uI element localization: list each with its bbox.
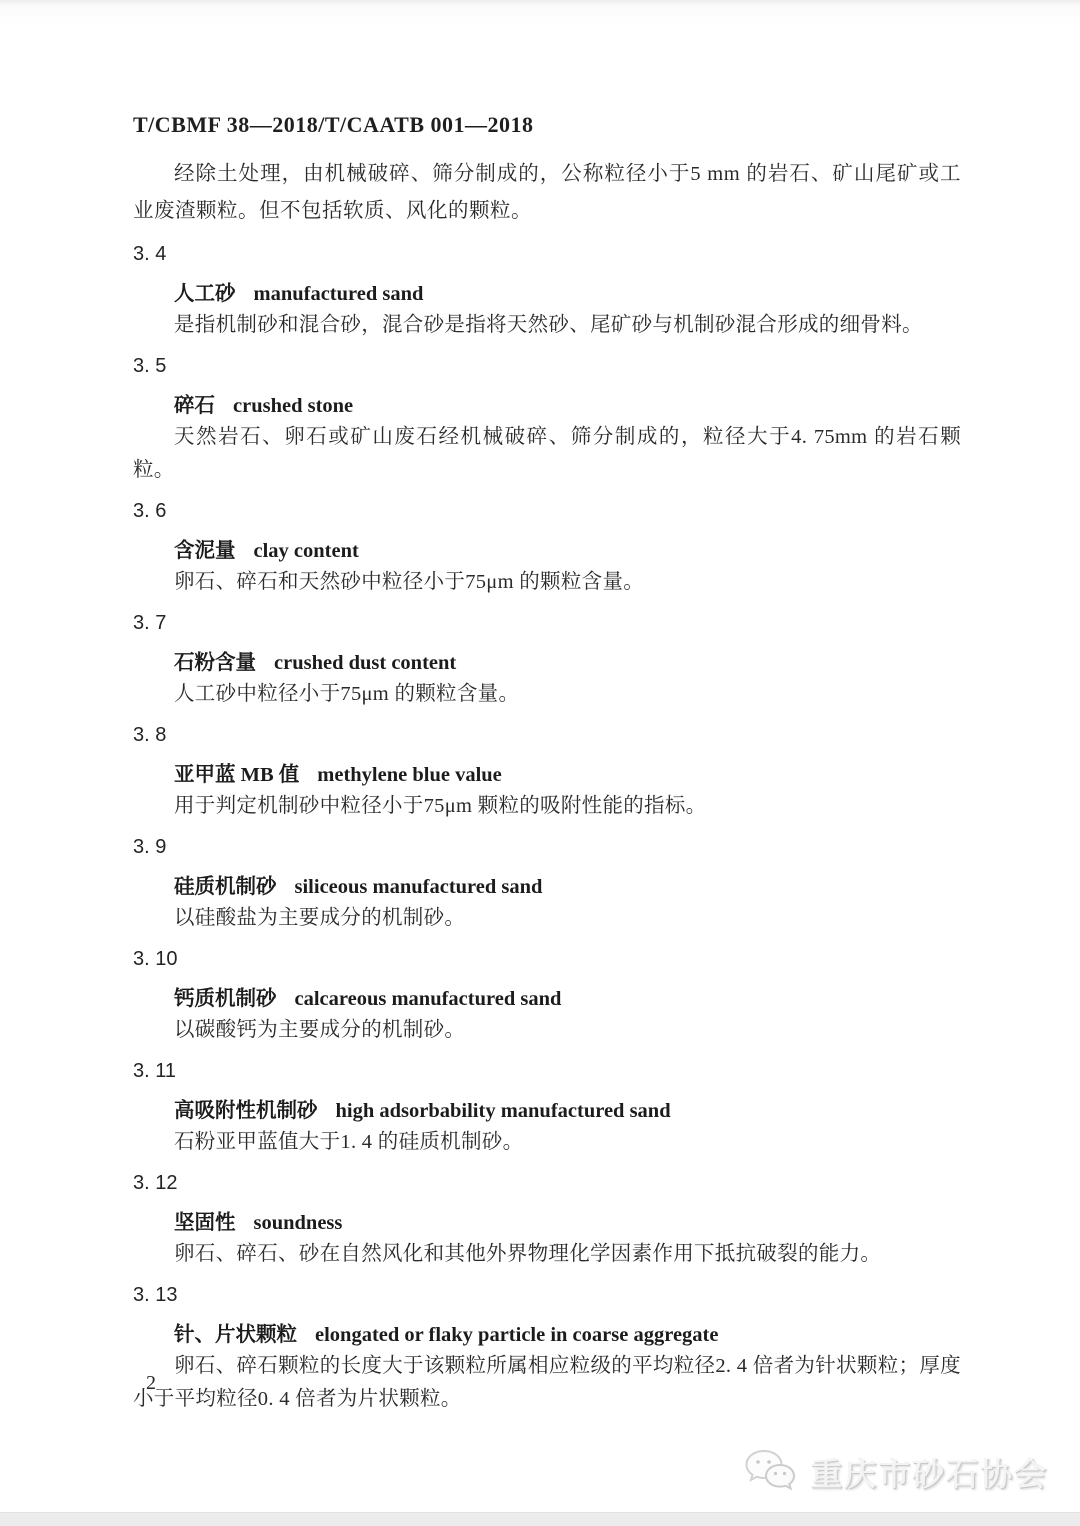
intro-paragraph: 经除土处理，由机械破碎、筛分制成的，公称粒径小于5 mm 的岩石、矿山尾矿或工业…	[133, 156, 961, 230]
term-section-3-9: 3. 9 硅质机制砂siliceous manufactured sand 以硅…	[133, 832, 961, 935]
page-content: T/CBMF 38—2018/T/CAATB 001—2018 经除土处理，由机…	[133, 110, 961, 1416]
term-zh: 石粉含量	[174, 652, 256, 674]
term-heading: 石粉含量crushed dust content	[174, 648, 961, 678]
term-section-3-6: 3. 6 含泥量clay content 卵石、碎石和天然砂中粒径小于75μm …	[133, 496, 961, 599]
term-heading: 硅质机制砂siliceous manufactured sand	[174, 872, 961, 902]
term-en: siliceous manufactured sand	[295, 876, 543, 898]
term-section-3-10: 3. 10 钙质机制砂calcareous manufactured sand …	[133, 944, 961, 1047]
watermark: 重庆市砂石协会	[742, 1447, 1048, 1497]
term-definition: 是指机制砂和混合砂，混合砂是指将天然砂、尾矿砂与机制砂混合形成的细骨料。	[133, 309, 961, 342]
section-number: 3. 6	[133, 496, 961, 526]
term-definition: 天然岩石、卵石或矿山废石经机械破碎、筛分制成的，粒径大于4. 75mm 的岩石颗…	[133, 421, 961, 487]
wechat-icon	[742, 1447, 800, 1497]
term-en: elongated or flaky particle in coarse ag…	[315, 1324, 718, 1346]
term-heading: 亚甲蓝 MB 值methylene blue value	[174, 760, 961, 790]
term-heading: 碎石crushed stone	[174, 391, 961, 421]
term-heading: 人工砂manufactured sand	[174, 279, 961, 309]
term-zh: 人工砂	[174, 283, 236, 305]
term-definition: 卵石、碎石和天然砂中粒径小于75μm 的颗粒含量。	[133, 566, 961, 599]
term-heading: 钙质机制砂calcareous manufactured sand	[174, 984, 961, 1014]
term-section-3-5: 3. 5 碎石crushed stone 天然岩石、卵石或矿山废石经机械破碎、筛…	[133, 351, 961, 487]
term-section-3-8: 3. 8 亚甲蓝 MB 值methylene blue value 用于判定机制…	[133, 720, 961, 823]
section-number: 3. 4	[133, 239, 961, 269]
term-heading: 坚固性soundness	[174, 1208, 961, 1238]
term-definition: 用于判定机制砂中粒径小于75μm 颗粒的吸附性能的指标。	[133, 790, 961, 823]
section-number: 3. 12	[133, 1168, 961, 1198]
term-heading: 高吸附性机制砂high adsorbability manufactured s…	[174, 1096, 961, 1126]
term-en: calcareous manufactured sand	[295, 988, 562, 1010]
term-heading: 含泥量clay content	[174, 536, 961, 566]
standard-number-header: T/CBMF 38—2018/T/CAATB 001—2018	[133, 110, 961, 140]
term-heading: 针、片状颗粒elongated or flaky particle in coa…	[174, 1320, 961, 1350]
term-zh: 硅质机制砂	[174, 876, 277, 898]
term-definition: 以硅酸盐为主要成分的机制砂。	[133, 902, 961, 935]
term-en: high adsorbability manufactured sand	[336, 1100, 671, 1122]
term-section-3-7: 3. 7 石粉含量crushed dust content 人工砂中粒径小于75…	[133, 608, 961, 711]
term-zh: 亚甲蓝 MB 值	[174, 764, 299, 786]
term-section-3-11: 3. 11 高吸附性机制砂high adsorbability manufact…	[133, 1056, 961, 1159]
term-section-3-4: 3. 4 人工砂manufactured sand 是指机制砂和混合砂，混合砂是…	[133, 239, 961, 342]
term-zh: 高吸附性机制砂	[174, 1100, 318, 1122]
term-en: crushed stone	[233, 395, 353, 417]
section-number: 3. 11	[133, 1056, 961, 1086]
section-number: 3. 9	[133, 832, 961, 862]
term-definition: 石粉亚甲蓝值大于1. 4 的硅质机制砂。	[133, 1126, 961, 1159]
term-en: manufactured sand	[254, 283, 424, 305]
section-number: 3. 10	[133, 944, 961, 974]
term-zh: 针、片状颗粒	[174, 1324, 297, 1346]
term-definition: 以碳酸钙为主要成分的机制砂。	[133, 1014, 961, 1047]
term-en: methylene blue value	[317, 764, 502, 786]
term-section-3-13: 3. 13 针、片状颗粒elongated or flaky particle …	[133, 1280, 961, 1416]
term-zh: 碎石	[174, 395, 215, 417]
term-definition: 卵石、碎石、砂在自然风化和其他外界物理化学因素作用下抵抗破裂的能力。	[133, 1238, 961, 1271]
term-en: soundness	[254, 1212, 343, 1234]
section-number: 3. 8	[133, 720, 961, 750]
document-page: T/CBMF 38—2018/T/CAATB 001—2018 经除土处理，由机…	[0, 0, 1080, 1526]
section-number: 3. 5	[133, 351, 961, 381]
term-definition: 卵石、碎石颗粒的长度大于该颗粒所属相应粒级的平均粒径2. 4 倍者为针状颗粒；厚…	[133, 1350, 961, 1416]
section-number: 3. 13	[133, 1280, 961, 1310]
section-number: 3. 7	[133, 608, 961, 638]
term-zh: 钙质机制砂	[174, 988, 277, 1010]
page-bottom-edge	[0, 1512, 1080, 1526]
term-en: clay content	[254, 540, 359, 562]
page-number: 2	[146, 1368, 156, 1398]
term-definition: 人工砂中粒径小于75μm 的颗粒含量。	[133, 678, 961, 711]
term-en: crushed dust content	[274, 652, 456, 674]
term-section-3-12: 3. 12 坚固性soundness 卵石、碎石、砂在自然风化和其他外界物理化学…	[133, 1168, 961, 1271]
term-zh: 坚固性	[174, 1212, 236, 1234]
watermark-text: 重庆市砂石协会	[810, 1449, 1048, 1495]
term-zh: 含泥量	[174, 540, 236, 562]
